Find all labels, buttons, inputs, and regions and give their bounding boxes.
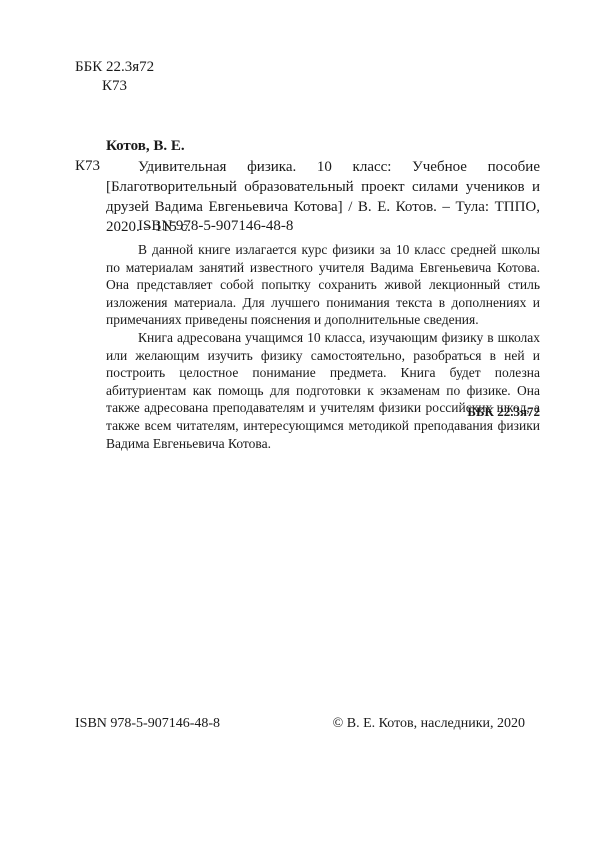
isbn-record: ISBN 978-5-907146-48-8 (138, 217, 293, 235)
bbk-code: ББК 22.3я72 (75, 58, 154, 76)
bbk-code-bottom: ББК 22.3я72 (106, 404, 540, 420)
author-mark: К73 (102, 77, 127, 95)
author-name: Котов, В. Е. (106, 137, 185, 155)
annotation: В данной книге излагается курс физики за… (106, 241, 540, 452)
annotation-paragraph-1: В данной книге излагается курс физики за… (106, 241, 540, 329)
annotation-paragraph-2: Книга адресована учащимся 10 класса, изу… (106, 329, 540, 452)
footer-copyright: © В. Е. Котов, наследники, 2020 (333, 716, 525, 732)
author-mark-side: К73 (75, 157, 100, 175)
footer-isbn: ISBN 978-5-907146-48-8 (75, 716, 220, 732)
